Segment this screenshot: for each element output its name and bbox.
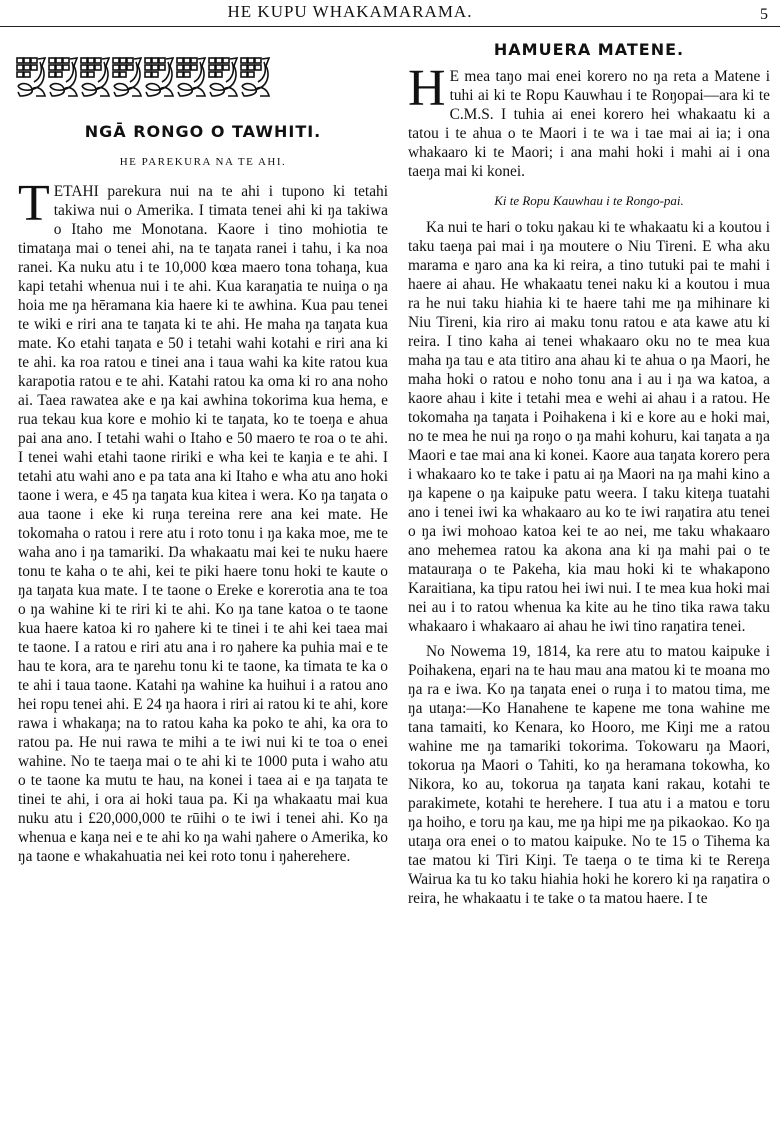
letter-paragraph-2: No Nowema 19, 1814, ka rere atu to matou… bbox=[408, 642, 770, 908]
drop-cap: H bbox=[408, 69, 446, 109]
running-header: HE KUPU WHAKAMARAMA. 5 bbox=[0, 2, 784, 26]
ornament-tile-icon bbox=[240, 56, 271, 98]
maori-ornament-border-icon bbox=[16, 56, 270, 98]
ornament-tile-icon bbox=[208, 56, 239, 98]
right-column: HAMUERA MATENE. HE mea taŋo mai enei kor… bbox=[408, 40, 770, 908]
letter-paragraph-1: Ka nui te hari o toku ŋakau ki te whakaa… bbox=[408, 218, 770, 636]
intro-paragraph: E mea taŋo mai enei korero no ŋa reta a … bbox=[408, 68, 770, 180]
ornament-tile-icon bbox=[112, 56, 143, 98]
article-title: NGĀ RONGO O TAWHITI. bbox=[18, 122, 388, 141]
article-title: HAMUERA MATENE. bbox=[408, 40, 770, 59]
header-rule bbox=[0, 26, 780, 27]
ornament-tile-icon bbox=[48, 56, 79, 98]
page-number: 5 bbox=[760, 6, 768, 24]
left-column: NGĀ RONGO O TAWHITI. HE PAREKURA NA TE A… bbox=[18, 40, 388, 866]
ornament-tile-icon bbox=[144, 56, 175, 98]
running-title: HE KUPU WHAKAMARAMA. bbox=[0, 2, 700, 22]
ornament-tile-icon bbox=[176, 56, 207, 98]
article-paragraph: ETAHI parekura nui na te ahi i tupono ki… bbox=[18, 183, 388, 865]
ornament-tile-icon bbox=[16, 56, 47, 98]
letter-salutation: Ki te Ropu Kauwhau i te Rongo-pai. bbox=[408, 191, 770, 210]
ornament-tile-icon bbox=[80, 56, 111, 98]
article-intro: HE mea taŋo mai enei korero no ŋa reta a… bbox=[408, 67, 770, 181]
drop-cap: T bbox=[18, 184, 50, 224]
article-body: TETAHI parekura nui na te ahi i tupono k… bbox=[18, 182, 388, 866]
article-subtitle: HE PAREKURA NA TE AHI. bbox=[18, 153, 388, 172]
